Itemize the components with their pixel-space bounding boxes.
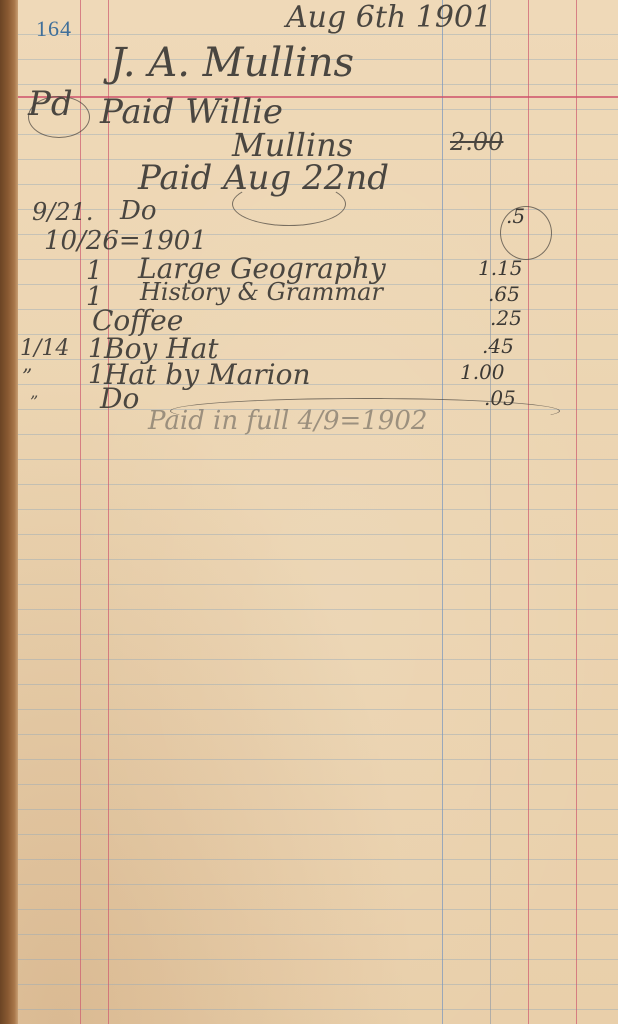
entry-amount: 1.15: [478, 256, 523, 280]
column-rule-right: [576, 0, 577, 1024]
entry-amount: .65: [488, 282, 520, 306]
entry-date: ”: [30, 392, 38, 411]
entry-date: 1/14: [20, 336, 69, 361]
page-number: 164: [36, 16, 72, 42]
entry-amount: .25: [490, 306, 522, 330]
ledger-page: 164 Aug 6th 1901 J. A. Mullins Pd Paid W…: [0, 0, 618, 1024]
column-rule-blue: [442, 0, 443, 1024]
column-rule-cents: [528, 0, 529, 1024]
entry-date: ”: [22, 364, 32, 388]
crossed-amount: 2.00: [450, 128, 503, 156]
entry-description: Do: [120, 196, 157, 226]
account-name: J. A. Mullins: [110, 40, 354, 86]
settlement-note: Paid in full 4/9=1902: [148, 406, 427, 436]
margin-rule-left: [80, 0, 81, 1024]
entry-description: History & Grammar: [140, 278, 383, 306]
margin-mark-flourish: [28, 96, 90, 138]
entry-description: Do: [100, 382, 139, 415]
header-date: Aug 6th 1901: [286, 0, 492, 35]
entry-amount: .45: [482, 334, 514, 358]
margin-rule-date: [108, 0, 109, 1024]
entry-date: 9/21.: [32, 198, 94, 226]
entry-amount: 1.00: [460, 360, 505, 384]
book-binding: [0, 0, 18, 1024]
paid-flourish: [232, 182, 346, 226]
amount-flourish: [500, 206, 552, 260]
